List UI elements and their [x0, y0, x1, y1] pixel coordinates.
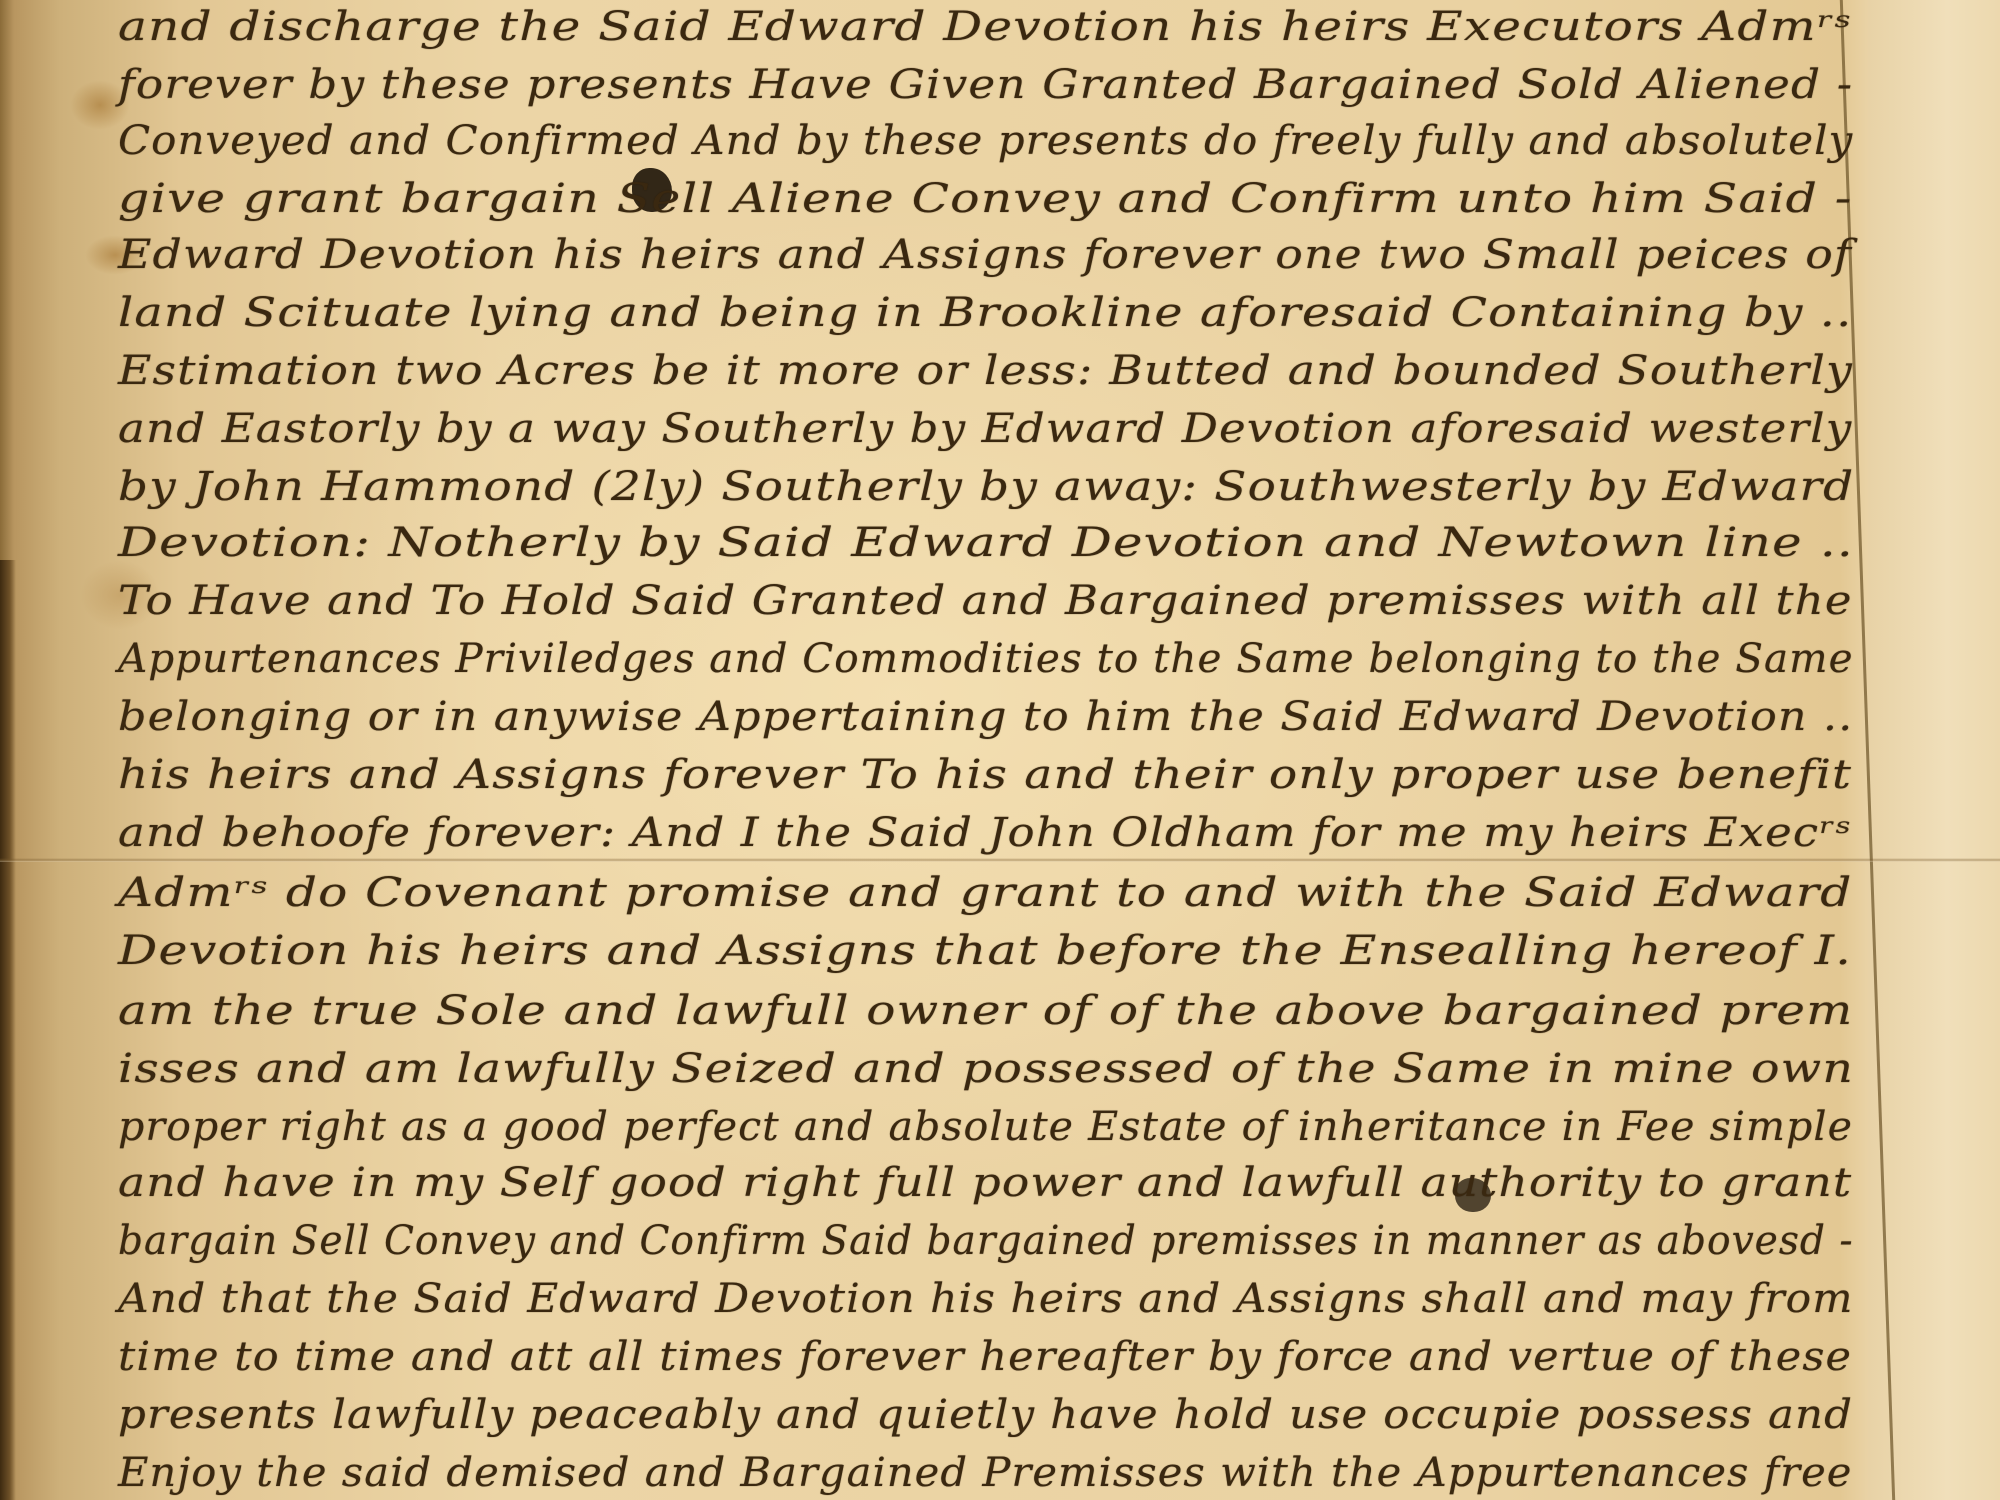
text-line: am the true Sole and lawfull owner of of…	[118, 988, 1853, 1034]
text-line: belonging or in anywise Appertaining to …	[118, 694, 1853, 740]
text-line: bargain Sell Convey and Confirm Said bar…	[118, 1218, 1854, 1264]
text-line: Edward Devotion his heirs and Assigns fo…	[118, 232, 1852, 278]
text-line: land Scituate lying and being in Brookli…	[118, 290, 1852, 336]
text-line: And that the Said Edward Devotion his he…	[118, 1276, 1854, 1322]
text-line: by John Hammond (2ly) Southerly by away:…	[118, 464, 1854, 510]
text-line: proper right as a good perfect and absol…	[118, 1104, 1853, 1150]
text-line: Devotion: Notherly by Said Edward Devoti…	[118, 520, 1854, 566]
folded-paper-right	[1868, 0, 2000, 1500]
text-line: his heirs and Assigns forever To his and…	[118, 752, 1852, 798]
horizontal-fold	[0, 858, 2000, 862]
text-line: Appurtenances Priviledges and Commoditie…	[118, 636, 1854, 682]
text-line: and Eastorly by a way Southerly by Edwar…	[118, 406, 1852, 452]
text-line: Estimation two Acres be it more or less:…	[118, 348, 1853, 394]
text-line: Conveyed and Confirmed And by these pres…	[118, 118, 1853, 164]
deed-page: and discharge the Said Edward Devotion h…	[0, 0, 2000, 1500]
text-line: and discharge the Said Edward Devotion h…	[118, 4, 1852, 50]
text-line: Admʳˢ do Covenant promise and grant to a…	[118, 870, 1853, 916]
text-line: and behoofe forever: And I the Said John…	[118, 810, 1852, 856]
text-line: presents lawfully peaceably and quietly …	[118, 1392, 1853, 1438]
text-line: forever by these presents Have Given Gra…	[118, 62, 1853, 108]
text-line: To Have and To Hold Said Granted and Bar…	[118, 578, 1853, 624]
text-line: give grant bargain Sell Aliene Convey an…	[118, 176, 1852, 222]
text-line: and have in my Self good right full powe…	[118, 1160, 1852, 1206]
text-line: time to time and att all times forever h…	[118, 1334, 1852, 1380]
text-line: Enjoy the said demised and Bargained Pre…	[118, 1450, 1852, 1496]
page-left-edge	[0, 560, 16, 1500]
text-line: Devotion his heirs and Assigns that befo…	[118, 928, 1852, 974]
text-line: isses and am lawfully Seized and possess…	[118, 1046, 1854, 1092]
